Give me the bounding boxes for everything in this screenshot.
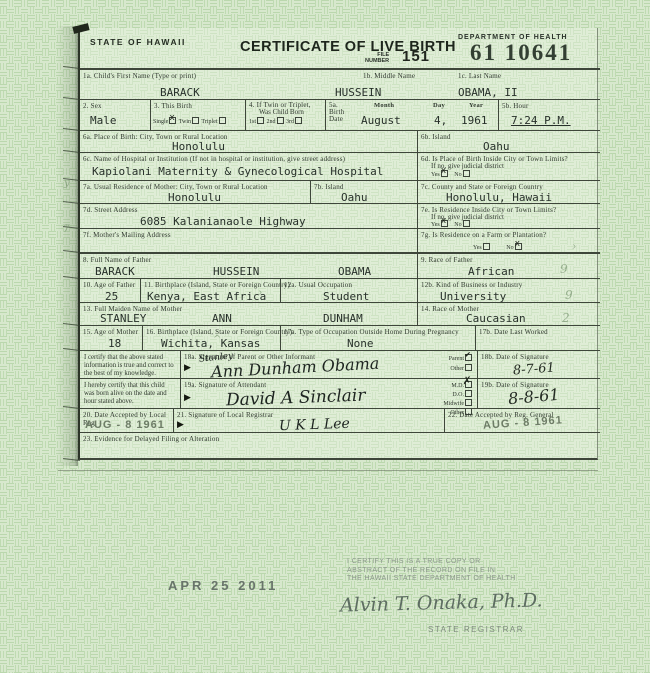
field-sex: 2. Sex Male [80,100,150,130]
row-mother-name: 13. Full Maiden Name of Mother STANLEY A… [80,302,600,325]
page-edge [58,470,598,471]
checkbox-md: ✗ [465,381,472,388]
stamp-date-local: AUG - 8 1961 [85,419,165,431]
value-street-address: 6085 Kalanianaole Highway [140,215,306,228]
value-mother-birthplace: Wichita, Kansas [161,337,260,350]
value-mother-occupation: None [347,337,374,350]
arrow-marker-icon: ▶ [184,393,191,402]
value-birth-year: 1961 [461,114,488,127]
field-residence-county: 7c. County and State or Foreign Country … [417,181,600,203]
birth-certificate-form: STATE OF HAWAII CERTIFICATE OF LIVE BIRT… [78,28,598,460]
row-place-of-birth: 6a. Place of Birth: City, Town or Rural … [80,130,600,152]
value-last-name: OBAMA, II [458,86,518,99]
state-label: STATE OF HAWAII [90,37,186,47]
field-hour: 5b. Hour 7:24 P.M. [498,100,600,130]
field-hospital: 6c. Name of Hospital or Institution (If … [80,153,417,180]
page-curl-shadow [56,26,78,466]
checkbox-single: x [169,117,176,124]
field-father-age: 10. Age of Father 25 [80,279,140,302]
field-place-of-birth: 6a. Place of Birth: City, Town or Rural … [80,131,417,152]
arrow-marker-icon: ▶ [184,363,191,372]
row-mother-details: 15. Age of Mother 18 16. Birthplace (Isl… [80,325,600,350]
value-mother-race: Caucasian [466,312,526,325]
row-mailing-address: 7f. Mother's Mailing Address 7g. Is Resi… [80,228,600,252]
row-hospital: 6c. Name of Hospital or Institution (If … [80,152,600,180]
certification-statement: I CERTIFY THIS IS A TRUE COPY OR ABSTRAC… [347,558,516,584]
signature-attendant: David A Sinclair [226,386,366,411]
field-birth-island: 6b. Island Oahu [417,131,600,152]
row-registrar: 20. Date Accepted by Local Reg. AUG - 8 … [80,408,600,432]
value-date-18b: 8-7-61 [513,361,556,379]
row-child-name: 1a. Child's First Name (Type or print) B… [80,68,600,99]
checkbox-6d-no [463,170,470,177]
field-residence-island: 7b. Island Oahu [310,181,417,203]
field-this-birth: 3. This Birth Singlex Twin Triplet [150,100,245,130]
field-date-last-worked: 17b. Date Last Worked [475,326,600,350]
value-hour: 7:24 P.M. [511,114,571,127]
pencil-mark: 7 [63,224,69,235]
checkbox-triplet [219,117,226,124]
row-father-details: 10. Age of Father 25 11. Birthplace (Isl… [80,278,600,302]
field-child-last-name: 1c. Last Name OBAMA, II [455,70,600,99]
file-number-stamp: 151 [402,48,430,65]
field-twin-order: 4. If Twin or Triplet, Was Child Born 1s… [245,100,325,130]
state-registrar-title: STATE REGISTRAR [428,625,524,634]
checkbox-midwife [465,399,472,406]
field-date-accepted-general: 22. Date Accepted by Reg. General AUG - … [444,409,600,432]
field-mother-name: 13. Full Maiden Name of Mother STANLEY A… [80,303,417,325]
value-father-last: OBAMA [338,265,371,278]
field-mother-birthplace: 16. Birthplace (Island, State or Foreign… [142,326,280,350]
checkbox-1st [257,117,264,124]
checkbox-3rd [295,117,302,124]
pencil-mark: 9 [565,288,573,302]
field-mother-race: 14. Race of Mother Caucasian [417,303,600,325]
checkbox-7e-no [463,220,470,227]
row-parent-signature: I certify that the above stated informat… [80,350,600,378]
field-birth-date: 5a. Birth Date Month Day Year August 4, … [325,100,498,130]
field-date-accepted-local: 20. Date Accepted by Local Reg. AUG - 8 … [80,409,173,432]
certify-statement-2: I hereby certify that this child was bor… [80,379,180,408]
arrow-marker-icon: ▶ [177,420,184,429]
field-father-race: 9. Race of Father African [417,254,600,278]
field-local-registrar-signature: 21. Signature of Local Registrar ▶ U K L… [173,409,444,432]
certify-statement-1: I certify that the above stated informat… [80,351,180,378]
value-mother-middle: ANN [212,312,232,325]
received-date-stamp: APR 25 2011 [168,578,278,593]
row-attendant-signature: I hereby certify that this child was bor… [80,378,600,408]
value-mother-last: DUNHAM [323,312,363,325]
field-mother-residence-city: 7a. Usual Residence of Mother: City, Tow… [80,181,310,203]
state-registrar-signature: Alvin T. Onaka, Ph.D. [340,589,543,616]
value-mother-age: 18 [108,337,121,350]
certificate-number-stamp: 61 10641 [470,40,572,66]
pencil-mark: › [258,286,262,299]
row-delayed-filing: 23. Evidence for Delayed Filing or Alter… [80,432,600,460]
value-birth-month: August [361,114,401,127]
field-child-first-name: 1a. Child's First Name (Type or print) B… [80,70,360,99]
value-date-19b: 8-8-61 [507,385,560,408]
row-father-name: 8. Full Name of Father BARACK HUSSEIN OB… [80,252,600,278]
pencil-mark: 9 [560,262,568,276]
value-mother-first: STANLEY [100,312,146,325]
value-birth-day: 4, [434,114,447,127]
checkbox-twin [192,117,199,124]
field-parent-signature: 18a. Signature of Parent or Other Inform… [180,351,477,378]
field-mailing-address: 7f. Mother's Mailing Address [80,229,417,252]
pencil-mark: ^ [213,334,221,345]
field-father-name: 8. Full Name of Father BARACK HUSSEIN OB… [80,254,417,278]
field-mother-age: 15. Age of Mother 18 [80,326,142,350]
checkbox-do [465,390,472,397]
value-hospital: Kapiolani Maternity & Gynecological Hosp… [92,165,383,178]
field-birth-inside-limits: 6d. Is Place of Birth Inside City or Tow… [417,153,600,180]
field-parent-signature-date: 18b. Date of Signature 8-7-61 [477,351,600,378]
field-attendant-signature-date: 19b. Date of Signature 8-8-61 [477,379,600,408]
pencil-mark: 2 [562,311,570,325]
checkbox-7g-no: x [515,243,522,250]
pencil-mark: y [64,178,70,189]
value-middle-name: HUSSEIN [335,86,381,99]
file-number-label: FILE NUMBER [365,53,389,64]
value-father-middle: HUSSEIN [213,265,259,278]
row-street-address: 7d. Street Address 6085 Kalanianaole Hig… [80,203,600,228]
checkbox-other-informant [465,364,472,371]
pencil-mark: › [572,240,576,253]
page-corner [72,23,89,34]
checkbox-2nd [277,117,284,124]
value-sex: Male [90,114,117,127]
value-father-race: African [468,265,514,278]
value-first-name: BARACK [160,86,200,99]
checkbox-parent: ✔ [465,354,472,361]
field-child-middle-name: 1b. Middle Name HUSSEIN [360,70,455,99]
field-mother-occupation: 17a. Type of Occupation Outside Home Dur… [280,326,475,350]
checkbox-7g-yes [483,243,490,250]
field-father-occupation: 12a. Usual Occupation Student [280,279,417,302]
row-birth-details: 2. Sex Male 3. This Birth Singlex Twin T… [80,99,600,130]
value-father-first: BARACK [95,265,135,278]
field-attendant-signature: 19a. Signature of Attendant ▶ David A Si… [180,379,477,408]
checkbox-6d-yes: x [441,170,448,177]
field-street-address: 7d. Street Address 6085 Kalanianaole Hig… [80,204,417,228]
row-mother-residence: 7a. Usual Residence of Mother: City, Tow… [80,180,600,203]
checkbox-7e-yes: x [441,220,448,227]
field-residence-inside-limits: 7e. Is Residence Inside City or Town Lim… [417,204,600,228]
field-delayed-filing: 23. Evidence for Delayed Filing or Alter… [80,433,600,460]
